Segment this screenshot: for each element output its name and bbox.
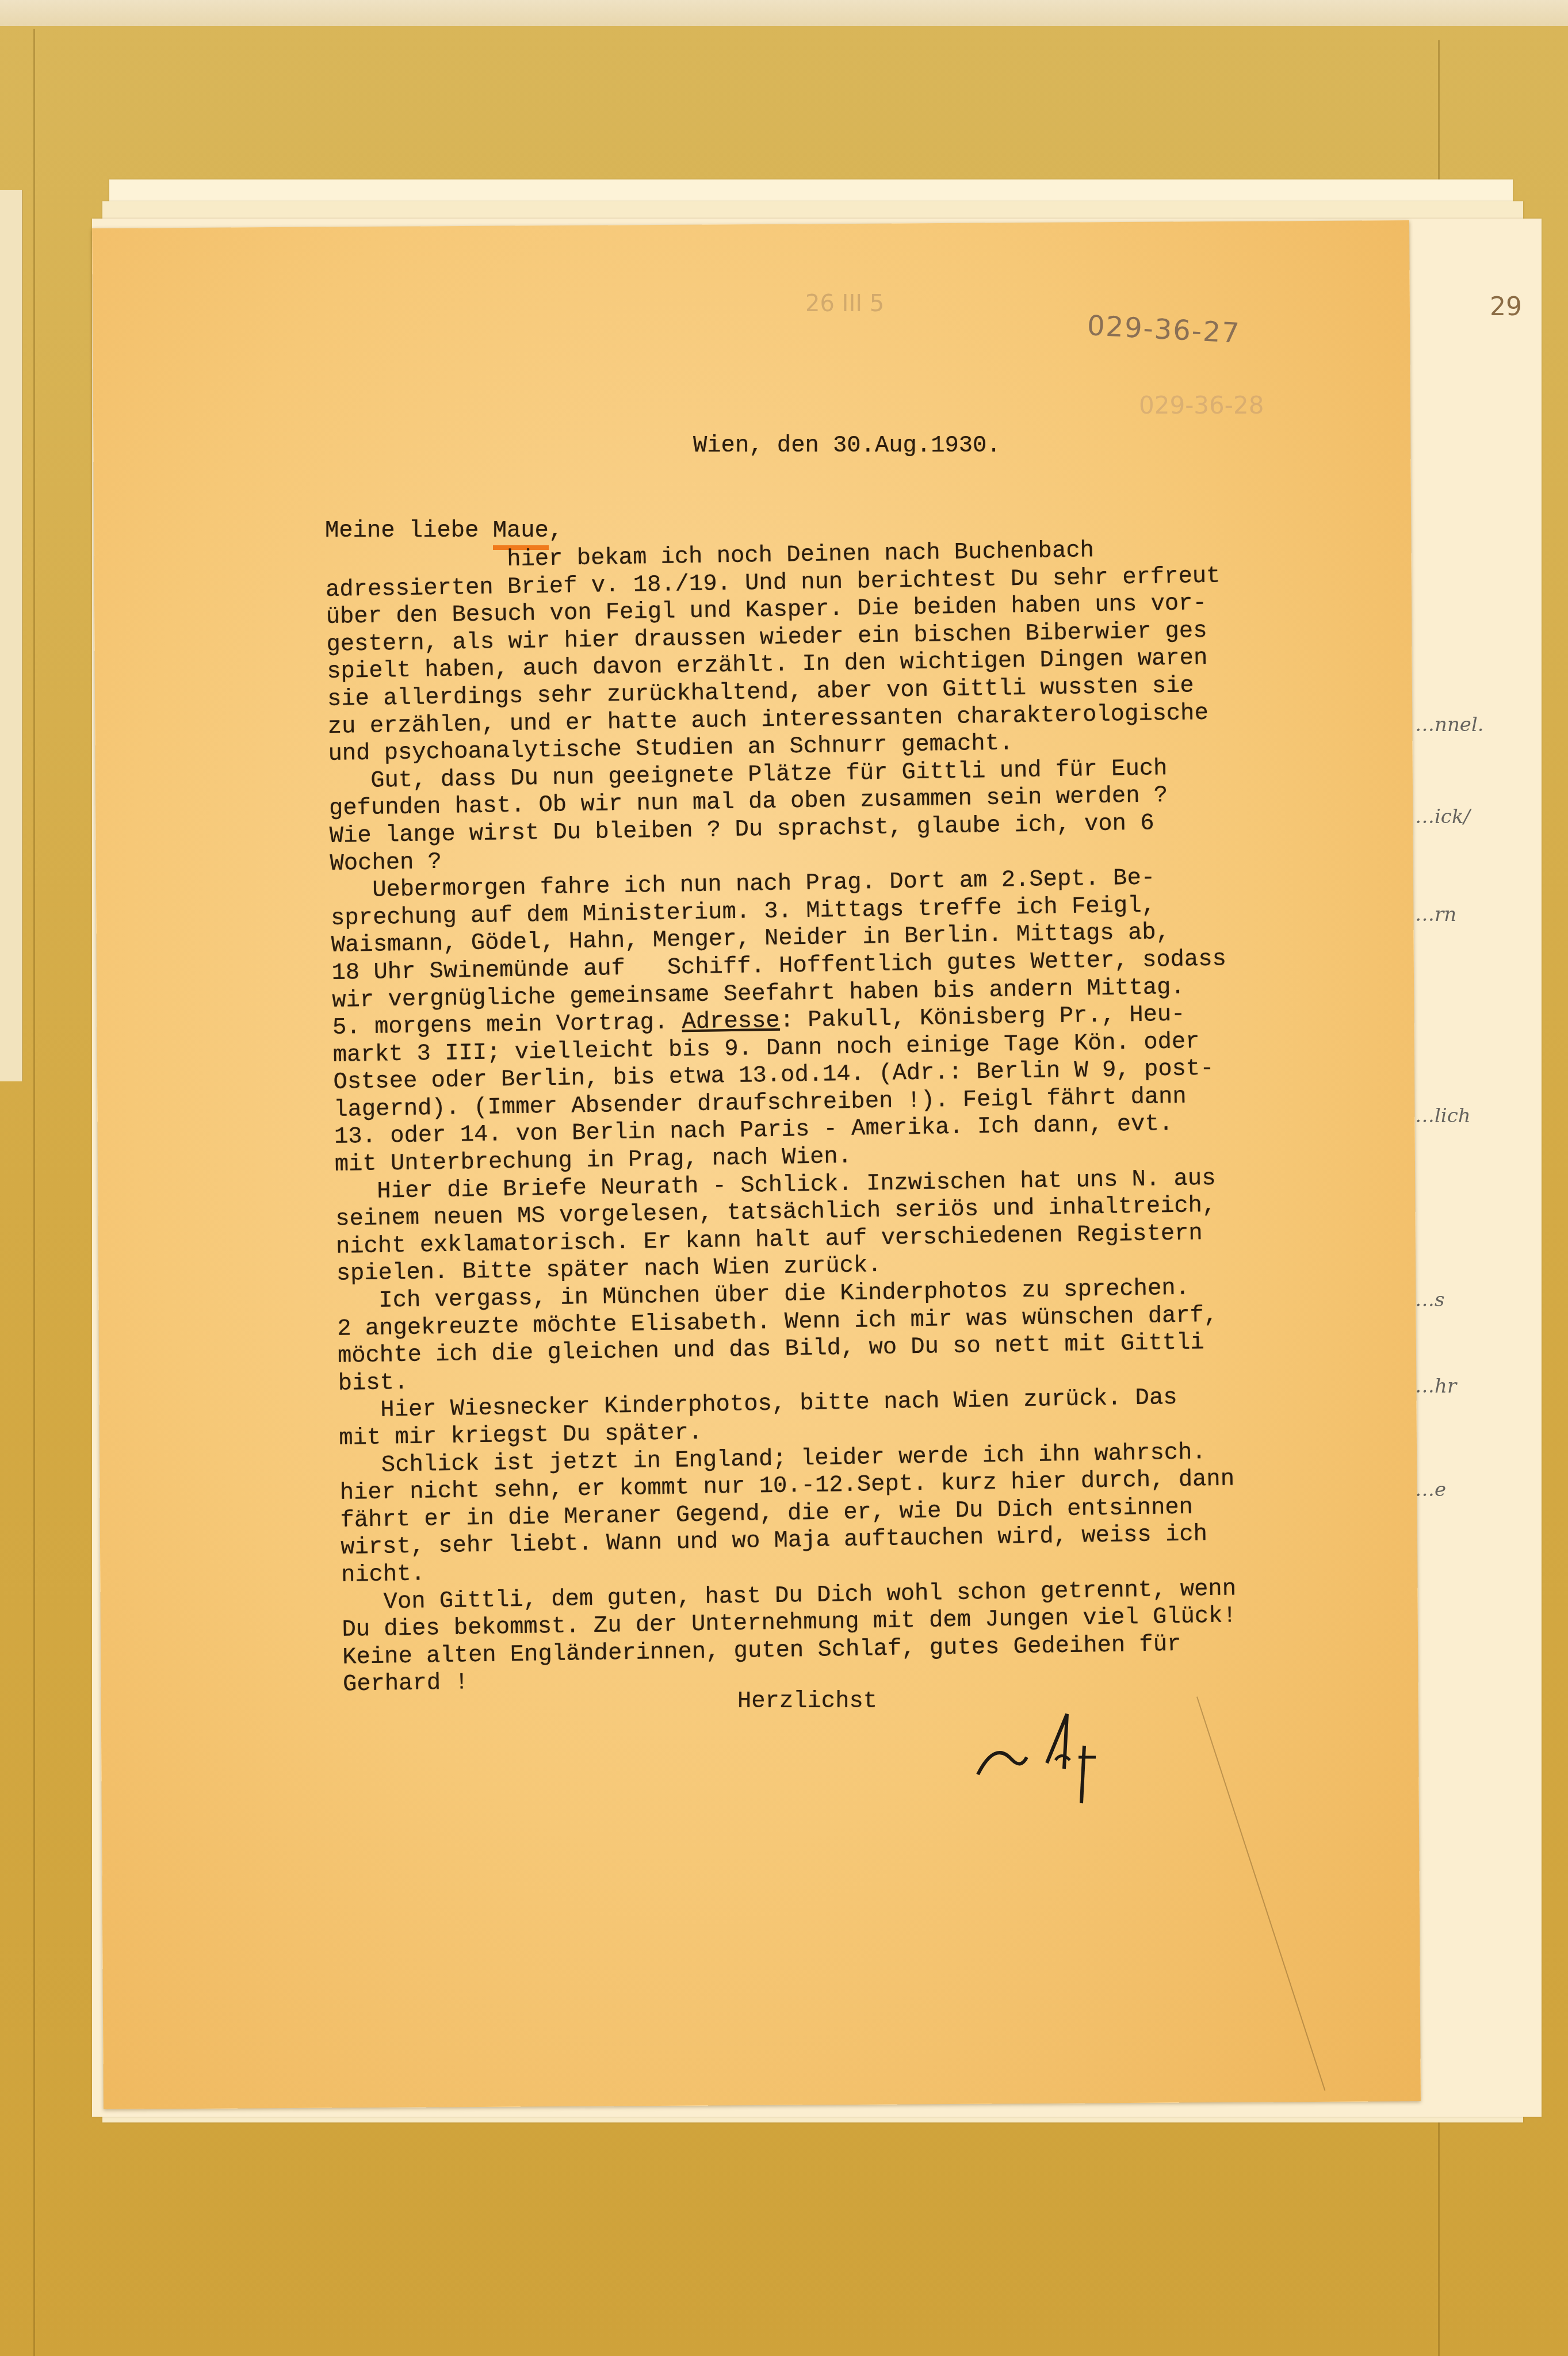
closing: Herzlichst (737, 1688, 877, 1715)
archive-number-ghost: 029-36-28 (1139, 391, 1264, 419)
margin-note: …nnel. (1415, 713, 1484, 736)
margin-note: …s (1415, 1288, 1444, 1311)
signature-icon (972, 1705, 1145, 1809)
underlined-word: Adresse (682, 1008, 780, 1036)
margin-note: …rn (1415, 903, 1456, 926)
margin-note: …hr (1415, 1375, 1456, 1398)
letter-body: hier bekam ich noch Deinen nach Buchenba… (325, 532, 1424, 1699)
margin-note: …ick/ (1415, 805, 1470, 828)
page-number: 29 (1490, 292, 1522, 322)
salutation: Meine liebe Maue, (325, 518, 563, 544)
date-line: Wien, den 30.Aug.1930. (693, 433, 1001, 459)
salutation-suffix: , (549, 518, 563, 544)
salutation-name: Maue (493, 518, 549, 550)
folder-crease-left (33, 29, 35, 2356)
salutation-prefix: Meine liebe (325, 518, 493, 544)
margin-note: …lich (1415, 1104, 1471, 1127)
adjacent-sheet-edge (0, 190, 23, 1081)
archive-number-faint: 26 III 5 (805, 290, 884, 317)
